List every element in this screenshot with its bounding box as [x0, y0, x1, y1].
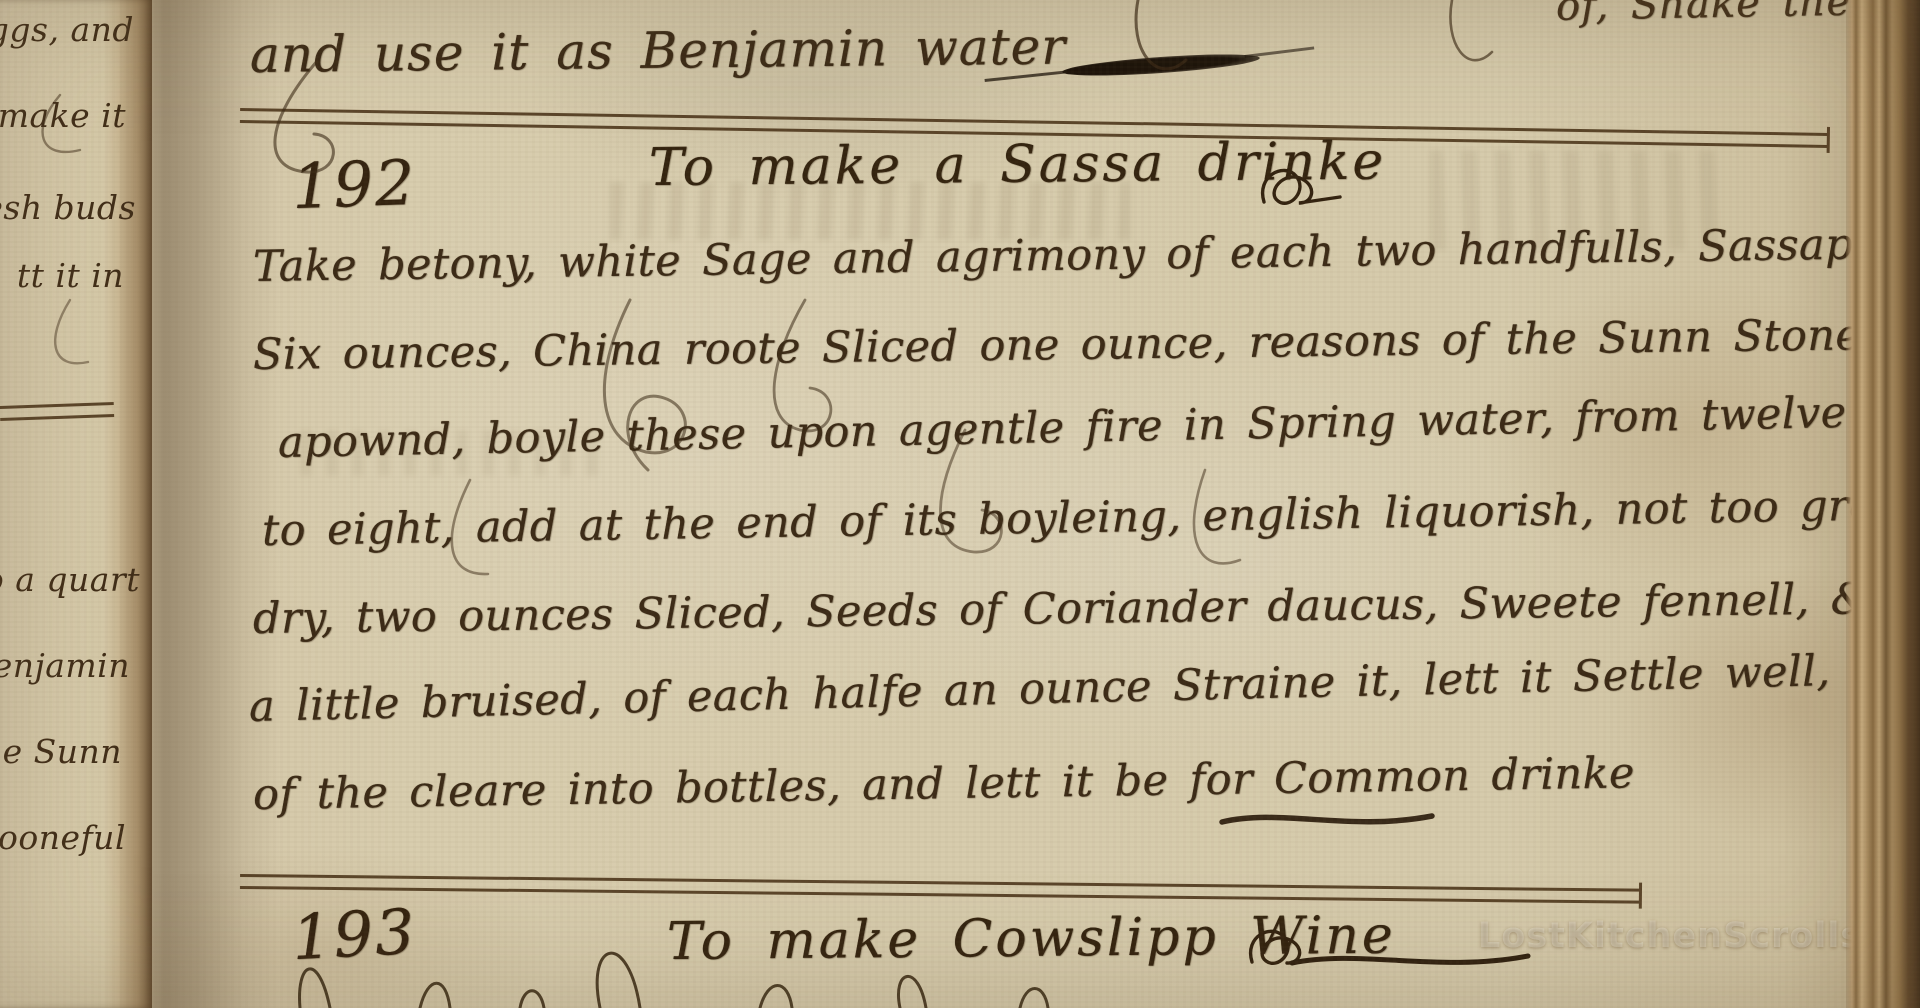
recipe-number: 193: [290, 895, 418, 974]
header-line: and use it as Benjamin water: [250, 17, 1067, 84]
book-edge: [1846, 0, 1920, 1008]
margin-fragment: Benjamin: [0, 646, 130, 685]
margin-fragment: the Sunn: [0, 732, 122, 771]
margin-fragment: make it: [0, 96, 126, 135]
recipe-line: dry, two ounces Sliced, Seeds of Coriand…: [253, 572, 1920, 644]
title-flourish-icon: [1252, 156, 1348, 224]
margin-fragment: tt it in: [17, 256, 124, 295]
margin-fragment: fresh buds: [0, 188, 136, 227]
recipe-line: a little bruised, of each halfe an ounce…: [248, 641, 1920, 732]
recipe-line: Six ounces, China roote Sliced one ounce…: [253, 308, 1920, 380]
recipe-line: apownd, boyle these upon agentle fire in…: [278, 385, 1920, 468]
recipe-number: 192: [291, 146, 418, 223]
manuscript-scan: of figgs, and make it fresh buds tt it i…: [0, 0, 1920, 1008]
recipe-line: of the cleare into bottles, and lett it …: [253, 748, 1636, 820]
recipe-line: to eight, add at the end of its boyleing…: [262, 479, 1920, 556]
margin-fragment: nto a quart: [0, 560, 140, 599]
margin-fragment: ooneful: [0, 818, 126, 857]
ink-dash: [1062, 50, 1261, 80]
recipe-line: Take betony, white Sage and agrimony of …: [253, 218, 1920, 292]
margin-fragment: of figgs, and: [0, 10, 134, 49]
section-rule: [240, 874, 1640, 904]
